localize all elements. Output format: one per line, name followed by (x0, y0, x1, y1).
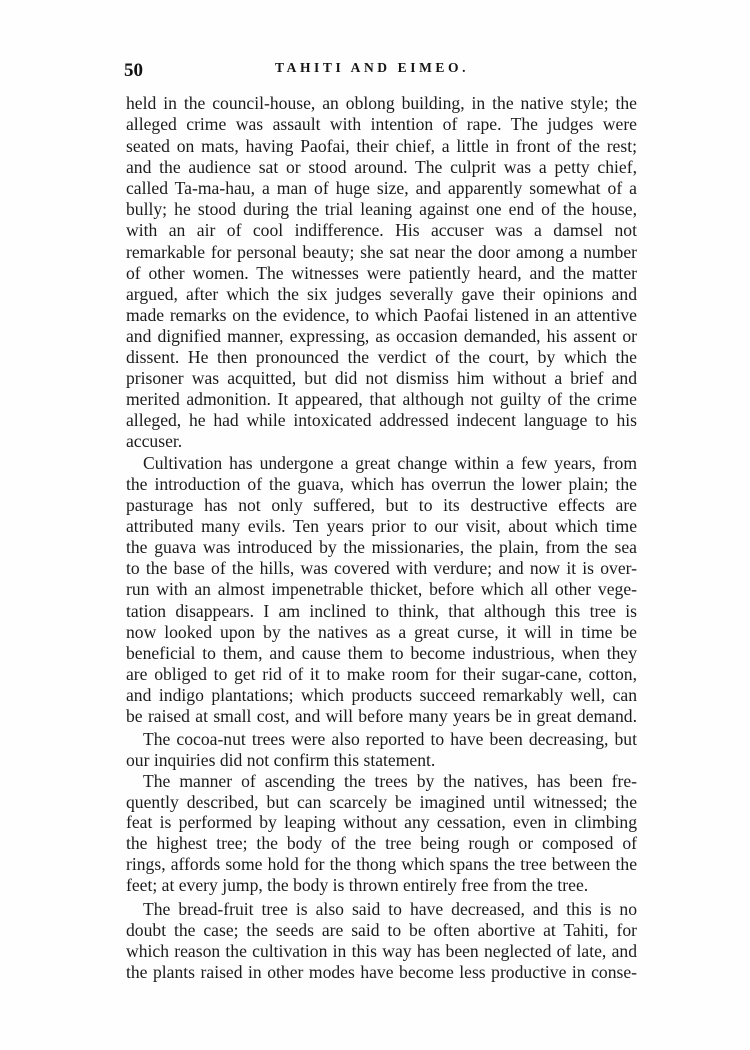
text-line: remarkable for personal beauty; she sat … (126, 242, 637, 263)
text-line: seated on mats, having Paofai, their chi… (126, 136, 637, 157)
text-line: quently described, but can scarcely be i… (126, 792, 637, 813)
running-head-title: TAHITI AND EIMEO. (275, 60, 483, 76)
text-line: of other women. The witnesses were patie… (126, 263, 637, 284)
text-line: accuser. (126, 431, 637, 452)
text-line: pasturage has not only suffered, but to … (126, 495, 637, 516)
text-line: prisoner was acquitted, but did not dism… (126, 368, 637, 389)
text-line: feat is performed by leaping without any… (126, 812, 637, 833)
text-line: bully; he stood during the trial leaning… (126, 199, 637, 220)
text-line: to the base of the hills, was covered wi… (126, 558, 637, 579)
text-line: Cultivation has undergone a great change… (143, 453, 637, 474)
text-line: and the audience sat or stood around. Th… (126, 157, 637, 178)
text-line: called Ta-ma-hau, a man of huge size, an… (126, 178, 637, 199)
text-line: with an air of cool indifference. His ac… (126, 220, 637, 241)
text-line: argued, after which the six judges sever… (126, 284, 637, 305)
text-line: The cocoa-nut trees were also reported t… (143, 729, 637, 750)
text-line: alleged crime was assault with intention… (126, 114, 637, 135)
text-line: and indigo plantations; which products s… (126, 685, 637, 706)
text-line: The bread-fruit tree is also said to hav… (143, 899, 637, 920)
text-line: the highest tree; the body of the tree b… (126, 833, 637, 854)
text-line: attributed many evils. Ten years prior t… (126, 516, 637, 537)
text-line: made remarks on the evidence, to which P… (126, 305, 637, 326)
text-line: the introduction of the guava, which has… (126, 474, 637, 495)
text-line: held in the council-house, an oblong bui… (126, 93, 637, 114)
text-line: tation disappears. I am inclined to thin… (126, 601, 637, 622)
text-line: rings, affords some hold for the thong w… (126, 854, 637, 875)
text-line: the plants raised in other modes have be… (126, 962, 637, 983)
text-line: are obliged to get rid of it to make roo… (126, 664, 637, 685)
text-line: merited admonition. It appeared, that al… (126, 389, 637, 410)
text-line: run with an almost impenetrable thicket,… (126, 579, 637, 600)
text-line: feet; at every jump, the body is thrown … (126, 875, 637, 896)
text-line: now looked upon by the natives as a grea… (126, 622, 637, 643)
text-line: and dignified manner, expressing, as occ… (126, 326, 637, 347)
book-page: 50 TAHITI AND EIMEO. held in the council… (0, 0, 750, 1050)
text-line: beneficial to them, and cause them to be… (126, 643, 637, 664)
text-line: The manner of ascending the trees by the… (143, 771, 637, 792)
text-line: which reason the cultivation in this way… (126, 941, 637, 962)
text-line: dissent. He then pronounced the verdict … (126, 347, 637, 368)
text-line: alleged, he had while intoxicated addres… (126, 410, 637, 431)
text-line: our inquiries did not confirm this state… (126, 750, 637, 771)
text-line: the guava was introduced by the missiona… (126, 537, 637, 558)
text-line: doubt the case; the seeds are said to be… (126, 920, 637, 941)
page-number: 50 (124, 60, 143, 82)
text-line: be raised at small cost, and will before… (126, 706, 637, 727)
